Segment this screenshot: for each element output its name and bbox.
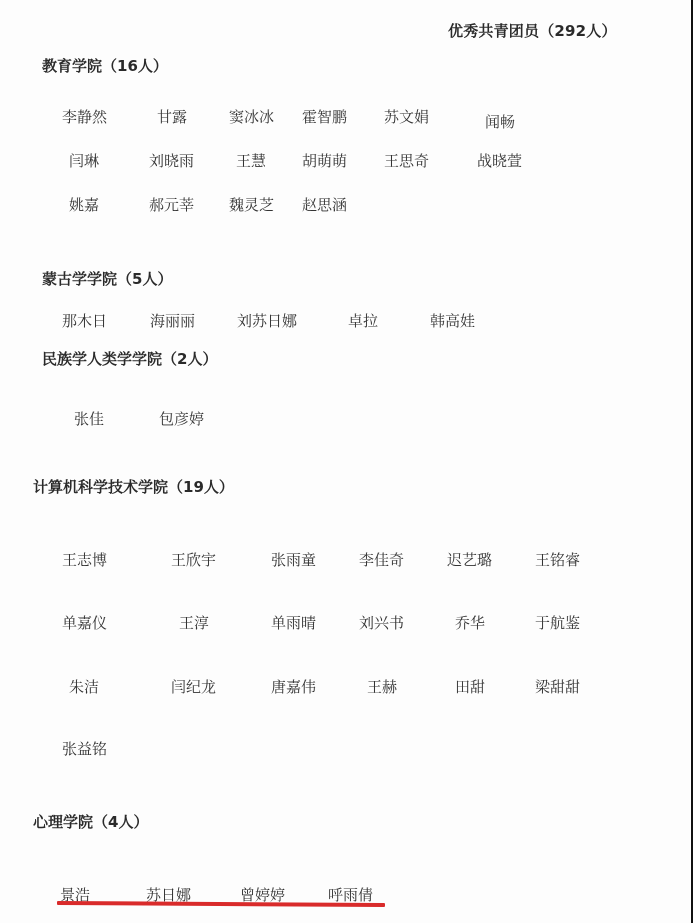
name-item: 窦冰冰 [229, 106, 274, 127]
name-item: 赵思涵 [302, 194, 347, 215]
name-item: 张佳 [74, 408, 104, 429]
name-item: 韩高娃 [430, 310, 475, 331]
name-item: 张益铭 [62, 738, 107, 759]
name-item: 梁甜甜 [535, 676, 580, 697]
name-item: 田甜 [455, 676, 485, 697]
section-heading-mongolian-studies: 蒙古学学院（5人） [42, 268, 172, 289]
name-item: 李佳奇 [359, 549, 404, 570]
red-underline-annotation [57, 901, 385, 907]
name-item: 刘苏日娜 [237, 310, 297, 331]
name-item: 朱洁 [69, 676, 99, 697]
name-item: 包彦婷 [159, 408, 204, 429]
document-title: 优秀共青团员（292人） [448, 20, 617, 41]
name-item: 闫琳 [69, 150, 99, 171]
section-heading-computer-science: 计算机科学技术学院（19人） [33, 476, 234, 497]
name-item: 霍智鹏 [302, 106, 347, 127]
name-item: 卓拉 [348, 310, 378, 331]
name-item: 王志博 [62, 549, 107, 570]
name-item: 苏文娟 [384, 106, 429, 127]
name-item: 单嘉仪 [62, 612, 107, 633]
name-item: 王思奇 [384, 150, 429, 171]
name-item: 刘晓雨 [149, 150, 194, 171]
name-item: 李静然 [62, 106, 107, 127]
name-item: 迟艺璐 [447, 549, 492, 570]
name-item: 闻畅 [485, 111, 515, 132]
name-item: 王慧 [236, 150, 266, 171]
section-heading-psychology: 心理学院（4人） [33, 811, 148, 832]
section-heading-ethnology-anthropology: 民族学人类学学院（2人） [42, 348, 217, 369]
name-item: 甘露 [157, 106, 187, 127]
name-item: 王铭睿 [535, 549, 580, 570]
name-item: 闫纪龙 [171, 676, 216, 697]
name-item: 刘兴书 [359, 612, 404, 633]
name-item: 郝元莘 [149, 194, 194, 215]
name-item: 王赫 [367, 676, 397, 697]
name-item: 海丽丽 [150, 310, 195, 331]
name-item: 王淳 [179, 612, 209, 633]
name-item: 姚嘉 [69, 194, 99, 215]
section-heading-education: 教育学院（16人） [42, 55, 168, 76]
name-item: 魏灵芝 [229, 194, 274, 215]
name-item: 唐嘉伟 [271, 676, 316, 697]
name-item: 王欣宇 [171, 549, 216, 570]
name-item: 单雨晴 [271, 612, 316, 633]
name-item: 乔华 [455, 612, 485, 633]
name-item: 于航鉴 [535, 612, 580, 633]
name-item: 战晓萱 [477, 150, 522, 171]
name-item: 胡萌萌 [302, 150, 347, 171]
name-item: 那木日 [62, 310, 107, 331]
name-item: 张雨童 [271, 549, 316, 570]
